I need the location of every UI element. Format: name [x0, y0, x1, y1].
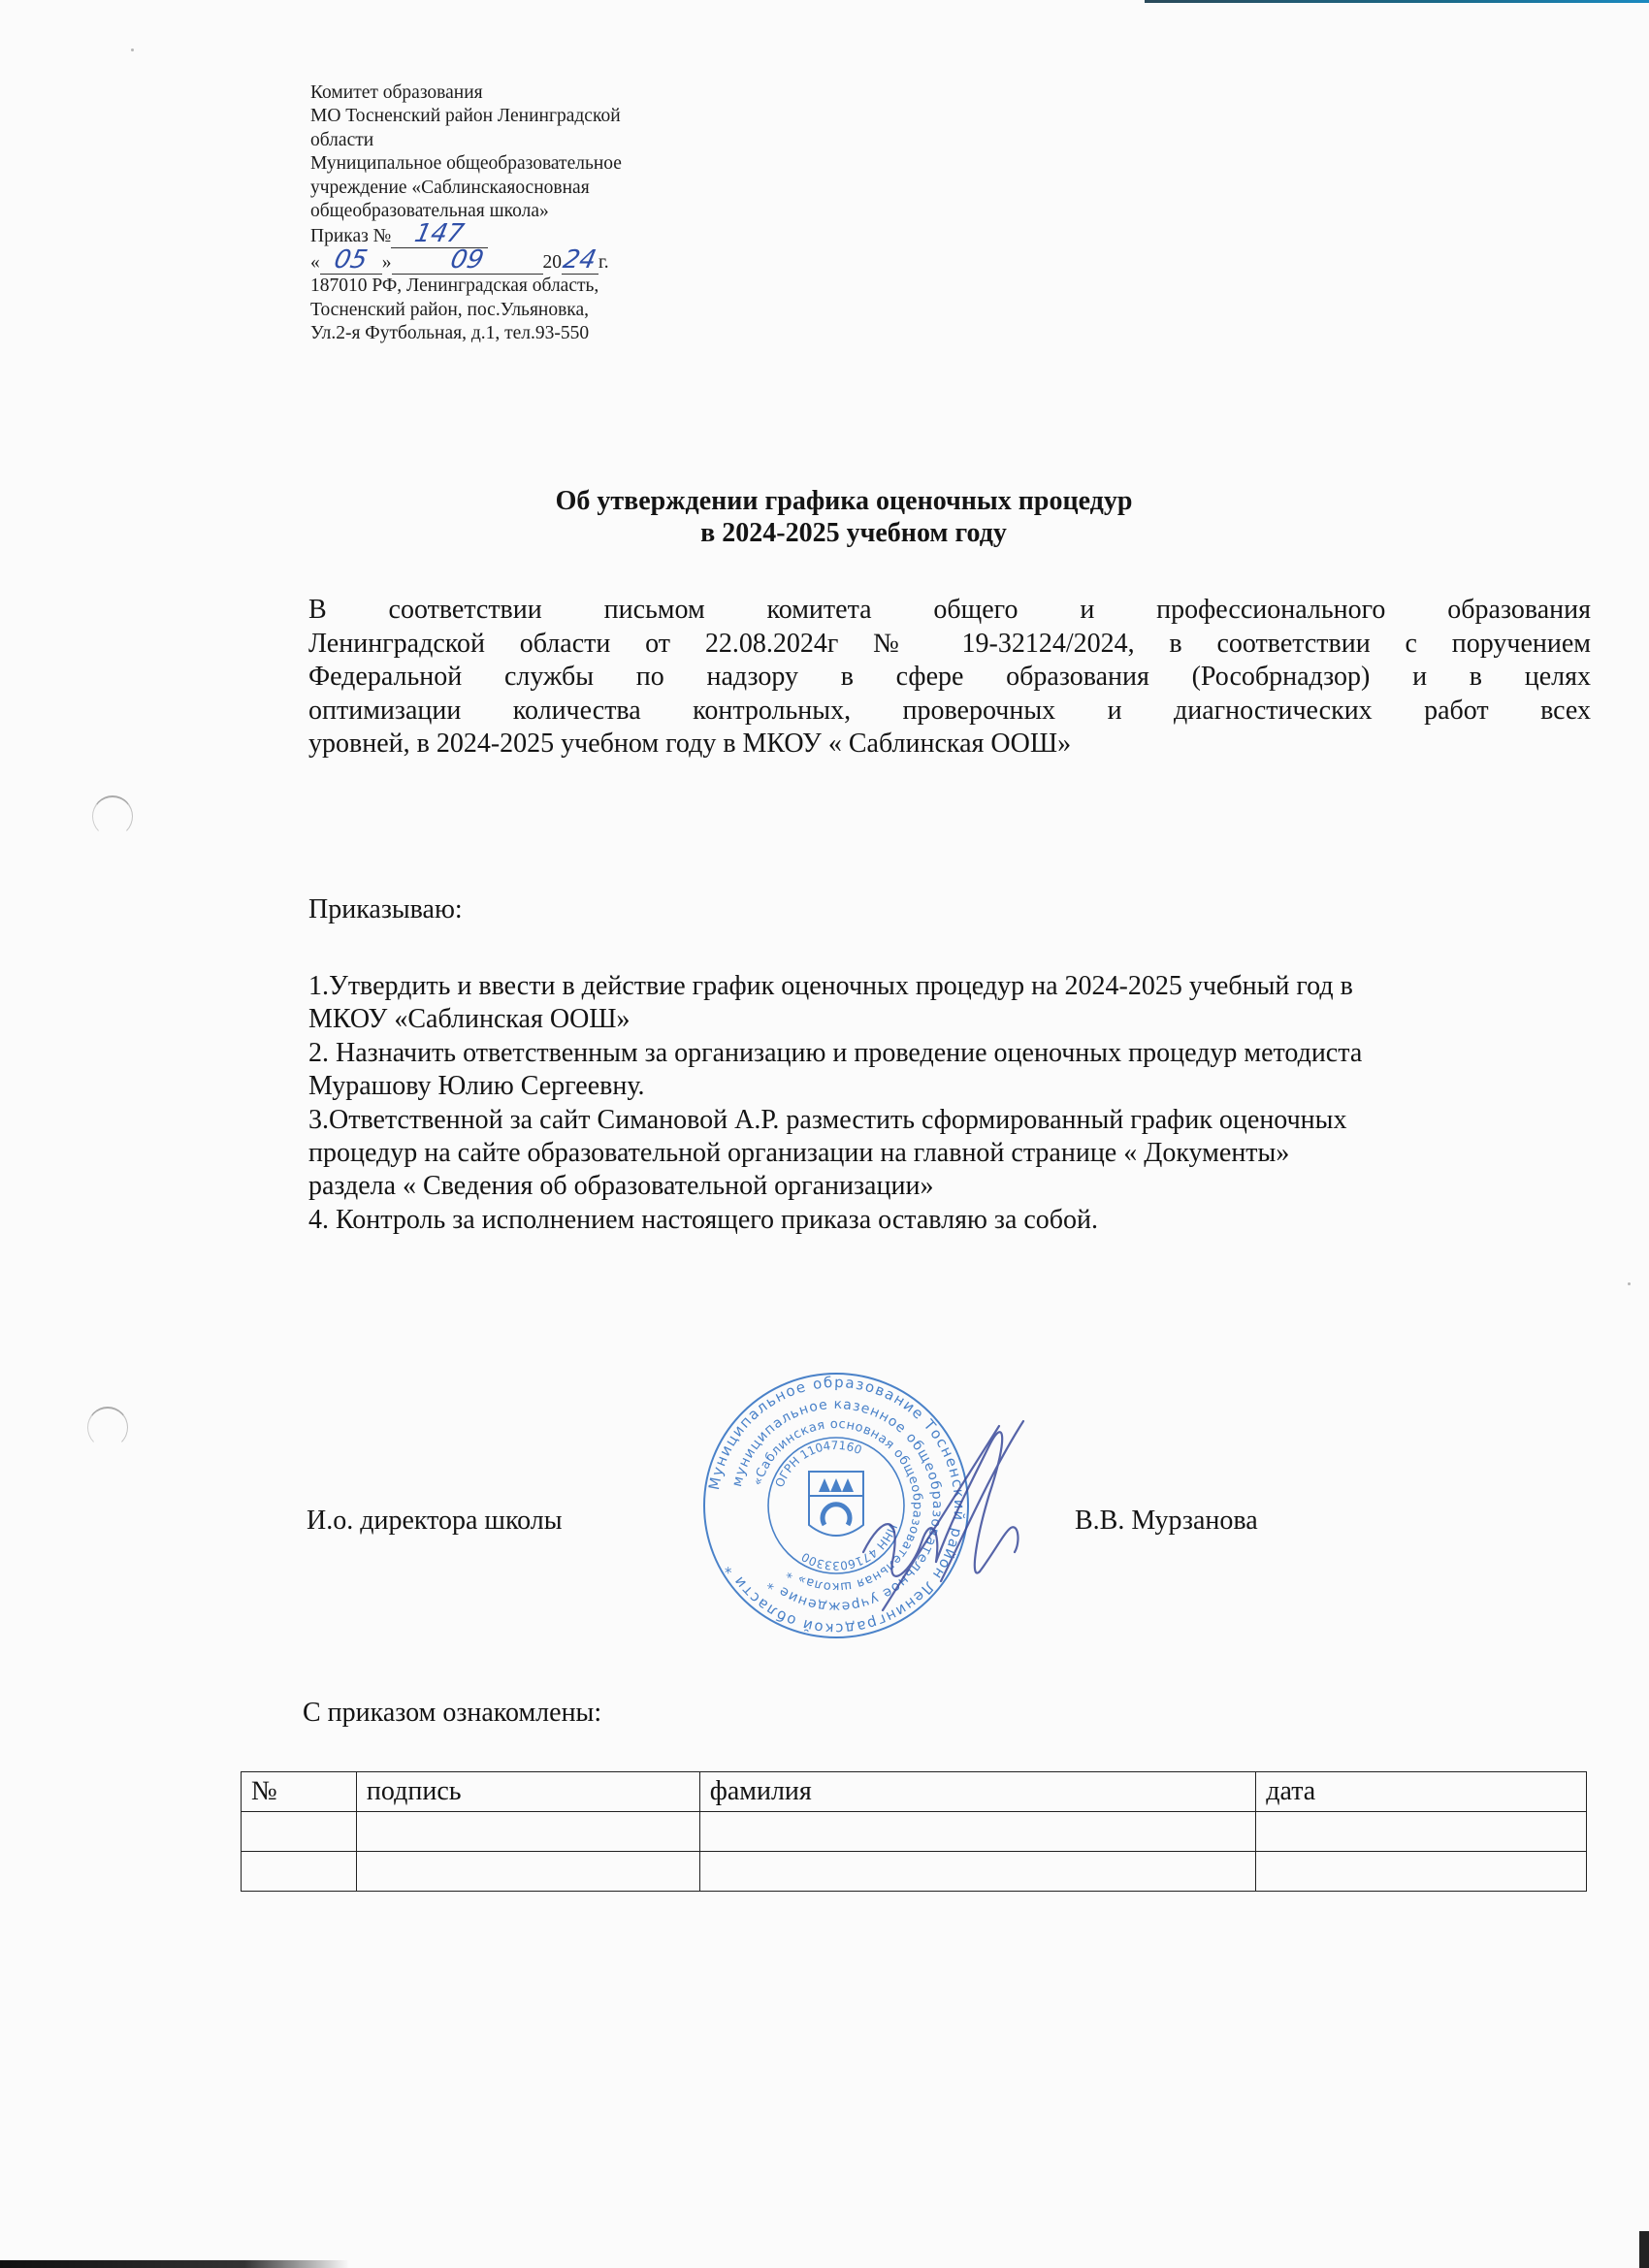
- preamble-paragraph: В соответствии письмом комитета общего и…: [308, 594, 1591, 761]
- preamble-line: оптимизации количества контрольных, пров…: [308, 695, 1591, 729]
- address-line: Тосненский район, пос.Ульяновка,: [310, 299, 698, 322]
- scan-edge-corner: [1639, 2231, 1649, 2268]
- order-item-line: раздела « Сведения об образовательной ор…: [308, 1170, 1599, 1203]
- title-line-1: Об утверждении графика оценочных процеду…: [0, 485, 1649, 517]
- header-line: Комитет образования: [310, 81, 698, 105]
- column-header-surname: фамилия: [699, 1772, 1256, 1812]
- order-item-line: МКОУ «Саблинская ООШ»: [308, 1003, 1599, 1036]
- order-item-line: 1.Утвердить и ввести в действие график о…: [308, 970, 1599, 1003]
- table-cell: [1256, 1852, 1587, 1892]
- acknowledgement-table: № подпись фамилия дата: [241, 1771, 1587, 1892]
- header-line: МО Тосненский район Ленинградской: [310, 105, 698, 128]
- year-prefix: 20: [543, 252, 563, 273]
- table-row: [242, 1852, 1587, 1892]
- table-header-row: № подпись фамилия дата: [242, 1772, 1587, 1812]
- column-header-number: №: [242, 1772, 357, 1812]
- handwritten-signature-icon: [844, 1407, 1067, 1630]
- signatory-position: И.о. директора школы: [307, 1506, 563, 1537]
- column-header-signature: подпись: [356, 1772, 699, 1812]
- preamble-line: В соответствии письмом комитета общего и…: [308, 594, 1591, 628]
- acknowledgement-label: С приказом ознакомлены:: [303, 1698, 601, 1729]
- year-suffix: г.: [598, 252, 609, 273]
- title-line-2: в 2024-2025 учебном году: [0, 517, 1649, 549]
- table-cell: [242, 1812, 357, 1852]
- scan-edge-bottom: [0, 2260, 349, 2268]
- preamble-line: уровней, в 2024-2025 учебном году в МКОУ…: [308, 728, 1591, 761]
- preamble-line: Ленинградской области от 22.08.2024г № 1…: [308, 628, 1591, 662]
- document-title: Об утверждении графика оценочных процеду…: [0, 485, 1649, 549]
- address-line: Ул.2-я Футбольная, д.1, тел.93-550: [310, 322, 698, 345]
- order-day: 05: [333, 249, 370, 271]
- table-cell: [699, 1852, 1256, 1892]
- header-line: области: [310, 129, 698, 152]
- quote-close: »: [382, 252, 392, 273]
- scan-edge-top: [1145, 0, 1649, 3]
- table-cell: [356, 1812, 699, 1852]
- table-cell: [242, 1852, 357, 1892]
- order-item-line: 4. Контроль за исполнением настоящего пр…: [308, 1204, 1599, 1237]
- order-item-line: Мурашову Юлию Сергеевну.: [308, 1070, 1599, 1103]
- quote-open: «: [310, 252, 320, 273]
- preamble-line: Федеральной службы по надзору в сфере об…: [308, 661, 1591, 695]
- scan-speck: [1628, 1282, 1631, 1285]
- order-items: 1.Утвердить и ввести в действие график о…: [308, 970, 1599, 1237]
- punch-hole-mark: [92, 795, 133, 837]
- order-item-line: процедур на сайте образовательной органи…: [308, 1137, 1599, 1170]
- table-row: [242, 1812, 1587, 1852]
- table-cell: [699, 1812, 1256, 1852]
- organization-header: Комитет образования МО Тосненский район …: [310, 81, 698, 345]
- address-line: 187010 РФ, Ленинградская область,: [310, 275, 698, 298]
- header-line: общеобразовательная школа»: [310, 200, 698, 223]
- order-label: Приказ №: [310, 226, 391, 246]
- punch-hole-mark: [87, 1407, 128, 1448]
- header-line: учреждение «Саблинскаяосновная: [310, 177, 698, 200]
- order-month: 09: [449, 249, 486, 271]
- table-cell: [356, 1852, 699, 1892]
- table-cell: [1256, 1812, 1587, 1852]
- signatory-name: В.В. Мурзанова: [1075, 1506, 1258, 1537]
- order-year: 24: [562, 249, 598, 271]
- order-date-line: «05»092024г.: [310, 249, 698, 275]
- header-line: Муниципальное общеобразовательное: [310, 152, 698, 176]
- column-header-date: дата: [1256, 1772, 1587, 1812]
- order-item-line: 2. Назначить ответственным за организаци…: [308, 1037, 1599, 1070]
- scan-speck: [131, 49, 134, 51]
- order-number: 147: [413, 223, 466, 244]
- order-item-line: 3.Ответственной за сайт Симановой А.Р. р…: [308, 1104, 1599, 1137]
- order-heading: Приказываю:: [308, 894, 463, 925]
